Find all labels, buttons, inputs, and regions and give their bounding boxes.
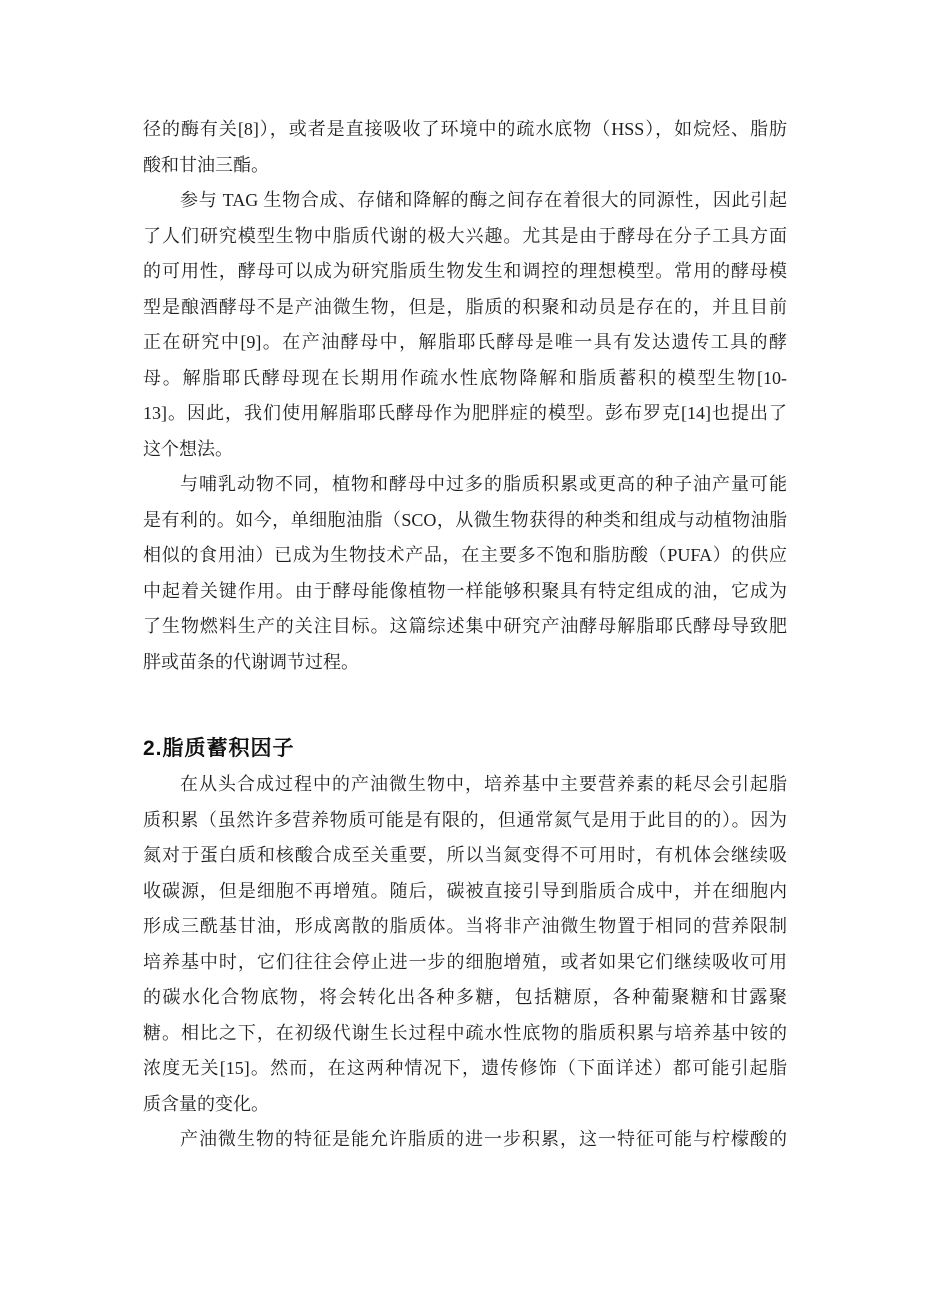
text-line: 了生物燃料生产的关注目标。这篇综述集中研究产油酵母解脂耶氏酵母导致肥: [143, 609, 787, 645]
text-line: 与哺乳动物不同，植物和酵母中过多的脂质积累或更高的种子油产量可能: [143, 467, 787, 503]
text-line: 了人们研究模型生物中脂质代谢的极大兴趣。尤其是由于酵母在分子工具方面: [143, 219, 787, 255]
text-line: 产油微生物的特征是能允许脂质的进一步积累，这一特征可能与柠檬酸的: [143, 1122, 787, 1158]
paragraph: 在从头合成过程中的产油微生物中，培养基中主要营养素的耗尽会引起脂质积累（虽然许多…: [143, 767, 787, 1122]
paragraph: 径的酶有关[8]），或者是直接吸收了环境中的疏水底物（HSS），如烷烃、脂肪酸和…: [143, 112, 787, 183]
text-line: 是有利的。如今，单细胞油脂（SCO，从微生物获得的种类和组成与动植物油脂: [143, 503, 787, 539]
text-line: 收碳源，但是细胞不再增殖。随后，碳被直接引导到脂质合成中，并在细胞内: [143, 874, 787, 910]
text-line: 中起着关键作用。由于酵母能像植物一样能够积聚具有特定组成的油，它成为: [143, 574, 787, 610]
text-line: 氮对于蛋白质和核酸合成至关重要，所以当氮变得不可用时，有机体会继续吸: [143, 838, 787, 874]
text-line: 型是酿酒酵母不是产油微生物，但是，脂质的积聚和动员是存在的，并且目前: [143, 290, 787, 326]
section-heading: 2.脂质蓄积因子: [143, 731, 787, 767]
text-line: 这个想法。: [143, 432, 787, 468]
paragraph: 产油微生物的特征是能允许脂质的进一步积累，这一特征可能与柠檬酸的: [143, 1122, 787, 1158]
text-line: 在从头合成过程中的产油微生物中，培养基中主要营养素的耗尽会引起脂: [143, 767, 787, 803]
text-line: 参与 TAG 生物合成、存储和降解的酶之间存在着很大的同源性，因此引起: [143, 183, 787, 219]
text-line: 质含量的变化。: [143, 1087, 787, 1123]
text-line: 母。解脂耶氏酵母现在长期用作疏水性底物降解和脂质蓄积的模型生物[10-: [143, 361, 787, 397]
text-line: 13]。因此，我们使用解脂耶氏酵母作为肥胖症的模型。彭布罗克[14]也提出了: [143, 396, 787, 432]
text-line: 的碳水化合物底物，将会转化出各种多糖，包括糖原，各种葡聚糖和甘露聚: [143, 980, 787, 1016]
text-line: 相似的食用油）已成为生物技术产品，在主要多不饱和脂肪酸（PUFA）的供应: [143, 538, 787, 574]
text-line: 质积累（虽然许多营养物质可能是有限的，但通常氮气是用于此目的的）。因为: [143, 803, 787, 839]
text-line: 浓度无关[15]。然而，在这两种情况下，遗传修饰（下面详述）都可能引起脂: [143, 1051, 787, 1087]
text-line: 的可用性，酵母可以成为研究脂质生物发生和调控的理想模型。常用的酵母模: [143, 254, 787, 290]
text-line: 正在研究中[9]。在产油酵母中，解脂耶氏酵母是唯一具有发达遗传工具的酵: [143, 325, 787, 361]
text-line: 胖或苗条的代谢调节过程。: [143, 645, 787, 681]
text-line: 酸和甘油三酯。: [143, 148, 787, 184]
text-line: 形成三酰基甘油，形成离散的脂质体。当将非产油微生物置于相同的营养限制: [143, 909, 787, 945]
text-line: 糖。相比之下，在初级代谢生长过程中疏水性底物的脂质积累与培养基中铵的: [143, 1016, 787, 1052]
paragraph: 参与 TAG 生物合成、存储和降解的酶之间存在着很大的同源性，因此引起了人们研究…: [143, 183, 787, 467]
text-line: 径的酶有关[8]），或者是直接吸收了环境中的疏水底物（HSS），如烷烃、脂肪: [143, 112, 787, 148]
document-page: 径的酶有关[8]），或者是直接吸收了环境中的疏水底物（HSS），如烷烃、脂肪酸和…: [0, 0, 925, 1309]
text-line: 培养基中时，它们往往会停止进一步的细胞增殖，或者如果它们继续吸收可用: [143, 945, 787, 981]
paragraph: 与哺乳动物不同，植物和酵母中过多的脂质积累或更高的种子油产量可能是有利的。如今，…: [143, 467, 787, 680]
document-content: 径的酶有关[8]），或者是直接吸收了环境中的疏水底物（HSS），如烷烃、脂肪酸和…: [143, 112, 787, 1158]
